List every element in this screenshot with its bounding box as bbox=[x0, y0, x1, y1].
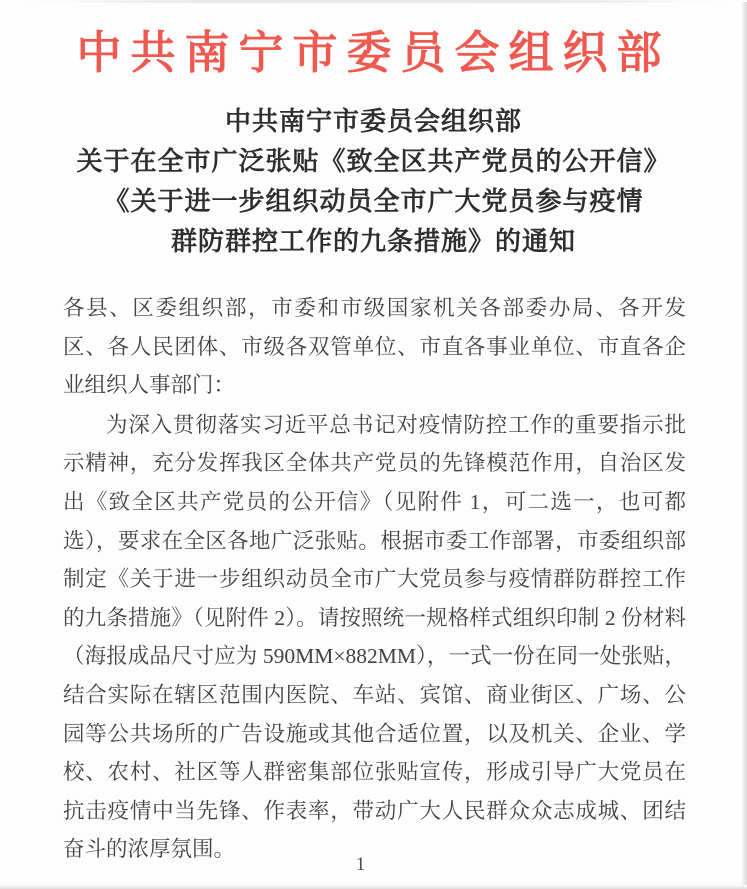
salutation-paragraph: 各县、区委组织部，市委和市级国家机关各部委办局、各开发区、各人民团体、市级各双管… bbox=[63, 289, 686, 405]
page-number: 1 bbox=[0, 854, 721, 876]
document-page: 中共南宁市委员会组织部 中共南宁市委员会组织部 关于在全市广泛张贴《致全区共产党… bbox=[0, 0, 747, 889]
document-title-line-4: 群防群控工作的九条措施》的通知 bbox=[35, 222, 712, 262]
document-body: 各县、区委组织部，市委和市级国家机关各部委办局、各开发区、各人民团体、市级各双管… bbox=[63, 289, 686, 869]
document-title-line-3: 《关于进一步组织动员全市广大党员参与疫情 bbox=[35, 182, 712, 222]
document-title-line-1: 中共南宁市委员会组织部 bbox=[35, 102, 712, 142]
body-paragraph: 为深入贯彻落实习近平总书记对疫情防控工作的重要指示批示精神，充分发挥我区全体共产… bbox=[63, 406, 686, 869]
scan-edge-bottom bbox=[0, 885, 747, 889]
letterhead-title: 中共南宁市委员会组织部 bbox=[0, 16, 747, 81]
scan-edge-right bbox=[741, 2, 747, 887]
document-title: 中共南宁市委员会组织部 关于在全市广泛张贴《致全区共产党员的公开信》 《关于进一… bbox=[35, 102, 712, 262]
document-title-line-2: 关于在全市广泛张贴《致全区共产党员的公开信》 bbox=[35, 142, 712, 182]
scan-edge-top bbox=[10, 0, 741, 3]
